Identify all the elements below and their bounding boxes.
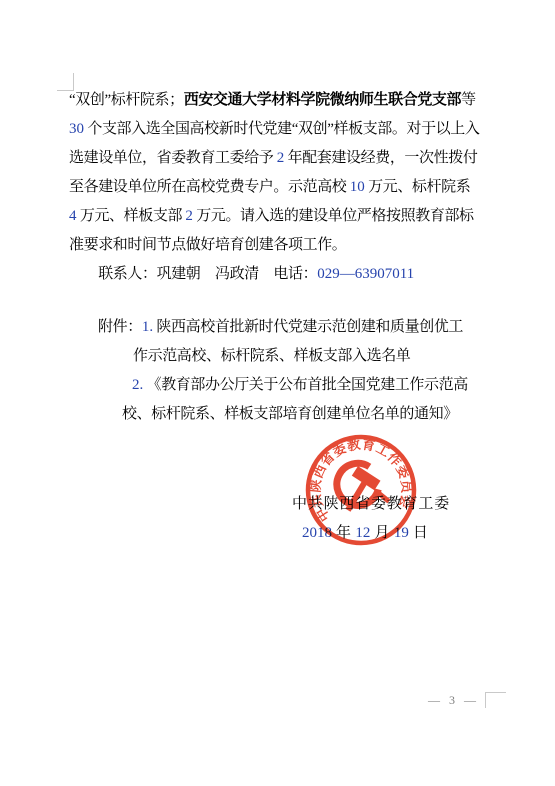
- body-line: 选建设单位，省委教育工委给予 2 年配套建设经费，一次性拨付: [69, 144, 493, 173]
- party-emblem-icon: [333, 458, 389, 511]
- contact-line: 联系人：巩建朝 冯政清 电话：029—63907011: [69, 260, 493, 289]
- body-line: 4 万元、样板支部 2 万元。请入选的建设单位严格按照教育部标: [69, 202, 493, 231]
- body-line: “双创”标杆院系；西安交通大学材料学院微纳师生联合党支部等: [69, 86, 493, 115]
- body-line: 至各建设单位所在高校党费专户。示范高校 10 万元、标杆院系: [69, 173, 493, 202]
- attachment-line: 2. 《教育部办公厅关于公布首批全国党建工作示范高: [132, 371, 468, 400]
- body-line: 准要求和时间节点做好培育创建各项工作。: [69, 231, 493, 260]
- text-boundary-mark-bottom-right: [485, 692, 506, 708]
- document-page: “双创”标杆院系；西安交通大学材料学院微纳师生联合党支部等 30 个支部入选全国…: [0, 0, 555, 786]
- attachment-line: 附件：1. 陕西高校首批新时代党建示范创建和质量创优工: [98, 313, 468, 342]
- page-number: — 3 —: [428, 693, 479, 708]
- attachment-line: 作示范高校、标杆院系、样板支部入选名单: [133, 342, 468, 371]
- body-paragraph: “双创”标杆院系；西安交通大学材料学院微纳师生联合党支部等 30 个支部入选全国…: [69, 86, 493, 289]
- official-seal: 中共陕西省委教育工作委员会: [268, 397, 453, 582]
- body-line: 30 个支部入选全国高校新时代党建“双创”样板支部。对于以上入: [69, 115, 493, 144]
